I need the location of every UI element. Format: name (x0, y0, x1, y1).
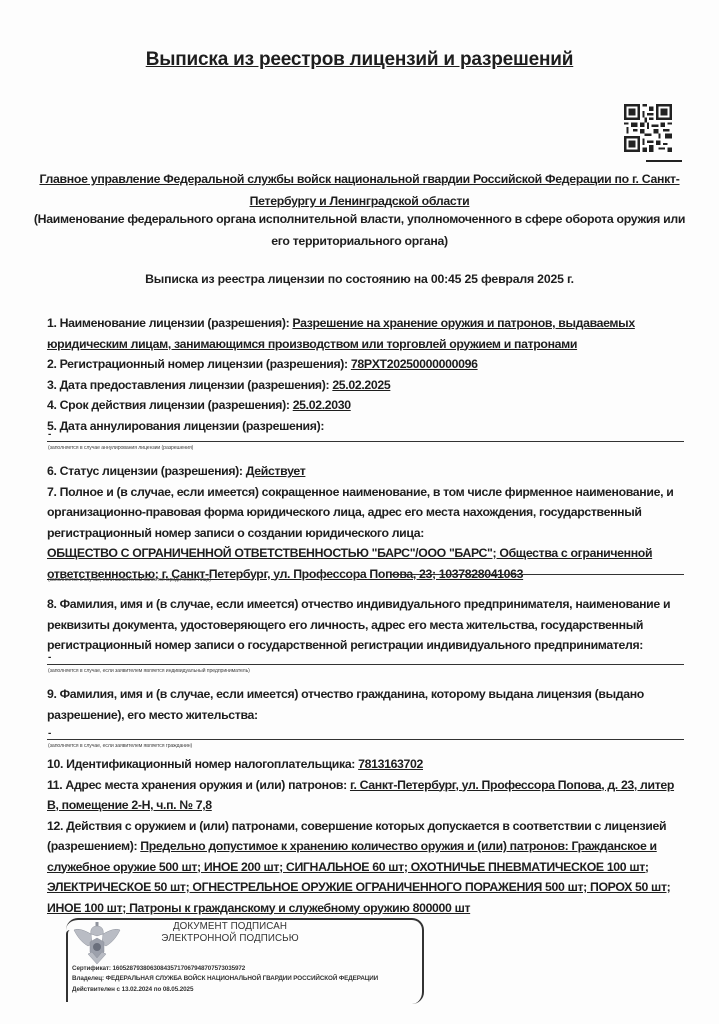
item-9-note: (заполняется в случае, если заявителем я… (48, 743, 192, 749)
item-11-cont: В, помещение 2-Н, ч.п. № 7,8 (47, 795, 687, 816)
item-12-cont-2: ЭЛЕКТРИЧЕСКОЕ 50 шт; ОГНЕСТРЕЛЬНОЕ ОРУЖИ… (47, 877, 687, 898)
license-item-8: 8. Фамилия, имя и (в случае, если имеетс… (47, 594, 687, 656)
license-items-6-7: 6. Статус лицензии (разрешения): Действу… (47, 461, 687, 584)
item-4: 4. Срок действия лицензии (разрешения): … (47, 395, 687, 416)
item-8-note: (заполняется в случае, если заявителем я… (48, 668, 250, 674)
item-7-label-end: регистрационный номер записи о создании … (47, 523, 687, 544)
item-7-note: (заполняется в случае, если заявителем я… (48, 577, 211, 583)
item-8-label-cont: реквизиты документа, удостоверяющего его… (47, 615, 687, 636)
item-1: 1. Наименование лицензии (разрешения): Р… (47, 313, 687, 334)
item-9-label-cont: разрешение), его место жительства: (47, 705, 687, 726)
certificate-validity: Действителен с 13.02.2024 по 08.05.2025 (72, 985, 378, 995)
item-12-label: 12. Действия с оружием и (или) патронами… (47, 816, 687, 837)
document-title: Выписка из реестров лицензий и разрешени… (0, 49, 719, 71)
authority-line-2: Петербургу и Ленинградской области (250, 194, 470, 208)
license-status: Действует (246, 464, 306, 478)
certificate-owner: Владелец: ФЕДЕРАЛЬНАЯ СЛУЖБА ВОЙСК НАЦИО… (72, 974, 378, 984)
rosgvardia-emblem-icon (72, 920, 122, 966)
authority-note-line-2: его территориального органа) (30, 230, 689, 252)
item-12-cont-1: служебное оружие 500 шт; ИНОЕ 200 шт; СИ… (47, 857, 687, 878)
qr-underline (646, 160, 682, 162)
entrepreneur-value: - (48, 652, 51, 663)
item-12-cont-3: ИНОЕ 100 шт; Патроны к гражданскому и сл… (47, 898, 687, 919)
item-7-label: 7. Полное и (в случае, если имеется) сок… (47, 482, 687, 503)
item-8-label-end: регистрационный номер записи о государст… (47, 635, 687, 656)
storage-address: г. Санкт-Петербург, ул. Профессора Попов… (350, 778, 674, 792)
stamp-border (66, 930, 70, 1002)
qr-code-icon[interactable] (624, 104, 672, 152)
item-12: (разрешением): Предельно допустимое к хр… (47, 836, 687, 857)
certificate-number: Сертификат: 1605287938063084357170679487… (72, 964, 378, 974)
item-5-note: (заполняется в случае аннулирования лице… (48, 445, 193, 451)
item-3: 3. Дата предоставления лицензии (разреше… (47, 375, 687, 396)
grant-date: 25.02.2025 (332, 378, 390, 392)
item-5: 5. Дата аннулирования лицензии (разрешен… (47, 416, 687, 437)
item-10: 10. Идентификационный номер налогоплател… (47, 754, 687, 775)
document-page: Выписка из реестров лицензий и разрешени… (0, 0, 719, 1024)
item-1-cont: юридическим лицам, занимающимся производ… (47, 334, 687, 355)
cancellation-date-value: - (48, 429, 51, 440)
field-line (47, 441, 684, 442)
field-line (47, 739, 684, 740)
item-6: 6. Статус лицензии (разрешения): Действу… (47, 461, 687, 482)
license-items-10-12: 10. Идентификационный номер налогоплател… (47, 754, 687, 918)
field-line (47, 664, 684, 665)
permitted-actions: Предельно допустимое к хранению количест… (140, 839, 656, 853)
stamp-title: ДОКУМЕНТ ПОДПИСАН ЭЛЕКТРОННОЙ ПОДПИСЬЮ (150, 921, 310, 944)
extract-date: Выписка из реестра лицензии по состоянию… (0, 272, 719, 286)
field-line (390, 574, 684, 575)
item-11: 11. Адрес места хранения оружия и (или) … (47, 775, 687, 796)
stamp-info: Сертификат: 1605287938063084357170679487… (72, 964, 378, 995)
license-item-9: 9. Фамилия, имя и (в случае, если имеетс… (47, 684, 687, 725)
authority-line-1: Главное управление Федеральной службы во… (30, 168, 689, 190)
license-name-value: Разрешение на хранение оружия и патронов… (292, 316, 634, 330)
expiry-date: 25.02.2030 (293, 398, 351, 412)
tax-id: 7813163702 (358, 757, 423, 771)
registration-number: 78PXT20250000000096 (351, 357, 478, 371)
authority-note-line-1: (Наименование федерального органа исполн… (30, 208, 689, 230)
authority-note: (Наименование федерального органа исполн… (30, 208, 689, 252)
authority-name: Главное управление Федеральной службы во… (30, 168, 689, 190)
item-2: 2. Регистрационный номер лицензии (разре… (47, 354, 687, 375)
item-9-label: 9. Фамилия, имя и (в случае, если имеетс… (47, 684, 687, 705)
item-7-value: ОБЩЕСТВО С ОГРАНИЧЕННОЙ ОТВЕТСТВЕННОСТЬЮ… (47, 543, 687, 564)
license-items-1-5: 1. Наименование лицензии (разрешения): Р… (47, 313, 687, 436)
citizen-value: - (48, 728, 51, 739)
item-7-label-cont: организационно-правовая форма юридическо… (47, 502, 687, 523)
item-8-label: 8. Фамилия, имя и (в случае, если имеетс… (47, 594, 687, 615)
